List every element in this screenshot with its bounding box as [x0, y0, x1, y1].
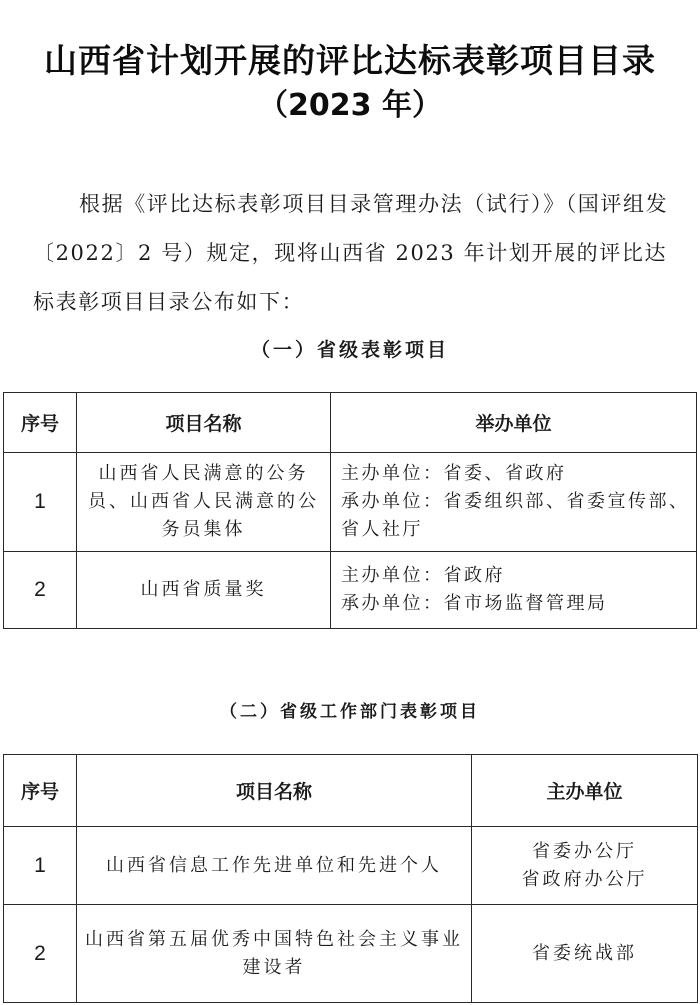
row-project-name: 山西省质量奖 [77, 552, 331, 629]
header-organizer: 举办单位 [331, 393, 697, 453]
section-2-heading: （二）省级工作部门表彰项目 [0, 697, 700, 727]
row-index: 1 [4, 827, 77, 905]
provincial-awards-table: 序号 项目名称 举办单位 1 山西省人民满意的公务员、山西省人民满意的公务员集体… [3, 392, 697, 629]
header-project-name: 项目名称 [77, 393, 331, 453]
row-index: 2 [4, 905, 77, 1003]
row-organizer: 主办单位：省委、省政府 承办单位：省委组织部、省委宣传部、省人社厅 [331, 453, 697, 552]
table-row: 2 山西省第五届优秀中国特色社会主义事业建设者 省委统战部 [4, 905, 698, 1003]
row-index: 1 [4, 453, 77, 552]
row-organizer: 主办单位：省政府 承办单位：省市场监督管理局 [331, 552, 697, 629]
header-host-unit: 主办单位 [472, 755, 698, 827]
row-host-unit: 省委办公厅 省政府办公厅 [472, 827, 698, 905]
undertaking-unit: 承办单位：省委组织部、省委宣传部、省人社厅 [341, 488, 696, 544]
department-awards-table: 序号 项目名称 主办单位 1 山西省信息工作先进单位和先进个人 省委办公厅 省政… [3, 754, 698, 1003]
table-row: 2 山西省质量奖 主办单位：省政府 承办单位：省市场监督管理局 [4, 552, 697, 629]
header-index: 序号 [4, 755, 77, 827]
row-index: 2 [4, 552, 77, 629]
table-row: 1 山西省信息工作先进单位和先进个人 省委办公厅 省政府办公厅 [4, 827, 698, 905]
document-subtitle: （2023 年） [0, 84, 700, 128]
section-1-heading: （一）省级表彰项目 [0, 334, 700, 366]
host-unit: 主办单位：省委、省政府 [341, 460, 696, 488]
host-unit: 主办单位：省政府 [341, 562, 696, 590]
row-host-unit: 省委统战部 [472, 905, 698, 1003]
table-header-row: 序号 项目名称 举办单位 [4, 393, 697, 453]
host-unit-line: 省政府办公厅 [472, 866, 697, 894]
header-index: 序号 [4, 393, 77, 453]
table-header-row: 序号 项目名称 主办单位 [4, 755, 698, 827]
intro-paragraph: 根据《评比达标表彰项目目录管理办法（试行）》（国评组发〔2022〕2 号）规定，… [33, 180, 683, 327]
undertaking-unit: 承办单位：省市场监督管理局 [341, 590, 696, 618]
host-unit-line: 省委统战部 [472, 940, 697, 968]
row-project-name: 山西省信息工作先进单位和先进个人 [77, 827, 472, 905]
document-title: 山西省计划开展的评比达标表彰项目目录 [0, 38, 700, 84]
row-project-name: 山西省人民满意的公务员、山西省人民满意的公务员集体 [77, 453, 331, 552]
row-project-name: 山西省第五届优秀中国特色社会主义事业建设者 [77, 905, 472, 1003]
header-project-name: 项目名称 [77, 755, 472, 827]
table-row: 1 山西省人民满意的公务员、山西省人民满意的公务员集体 主办单位：省委、省政府 … [4, 453, 697, 552]
host-unit-line: 省委办公厅 [472, 838, 697, 866]
